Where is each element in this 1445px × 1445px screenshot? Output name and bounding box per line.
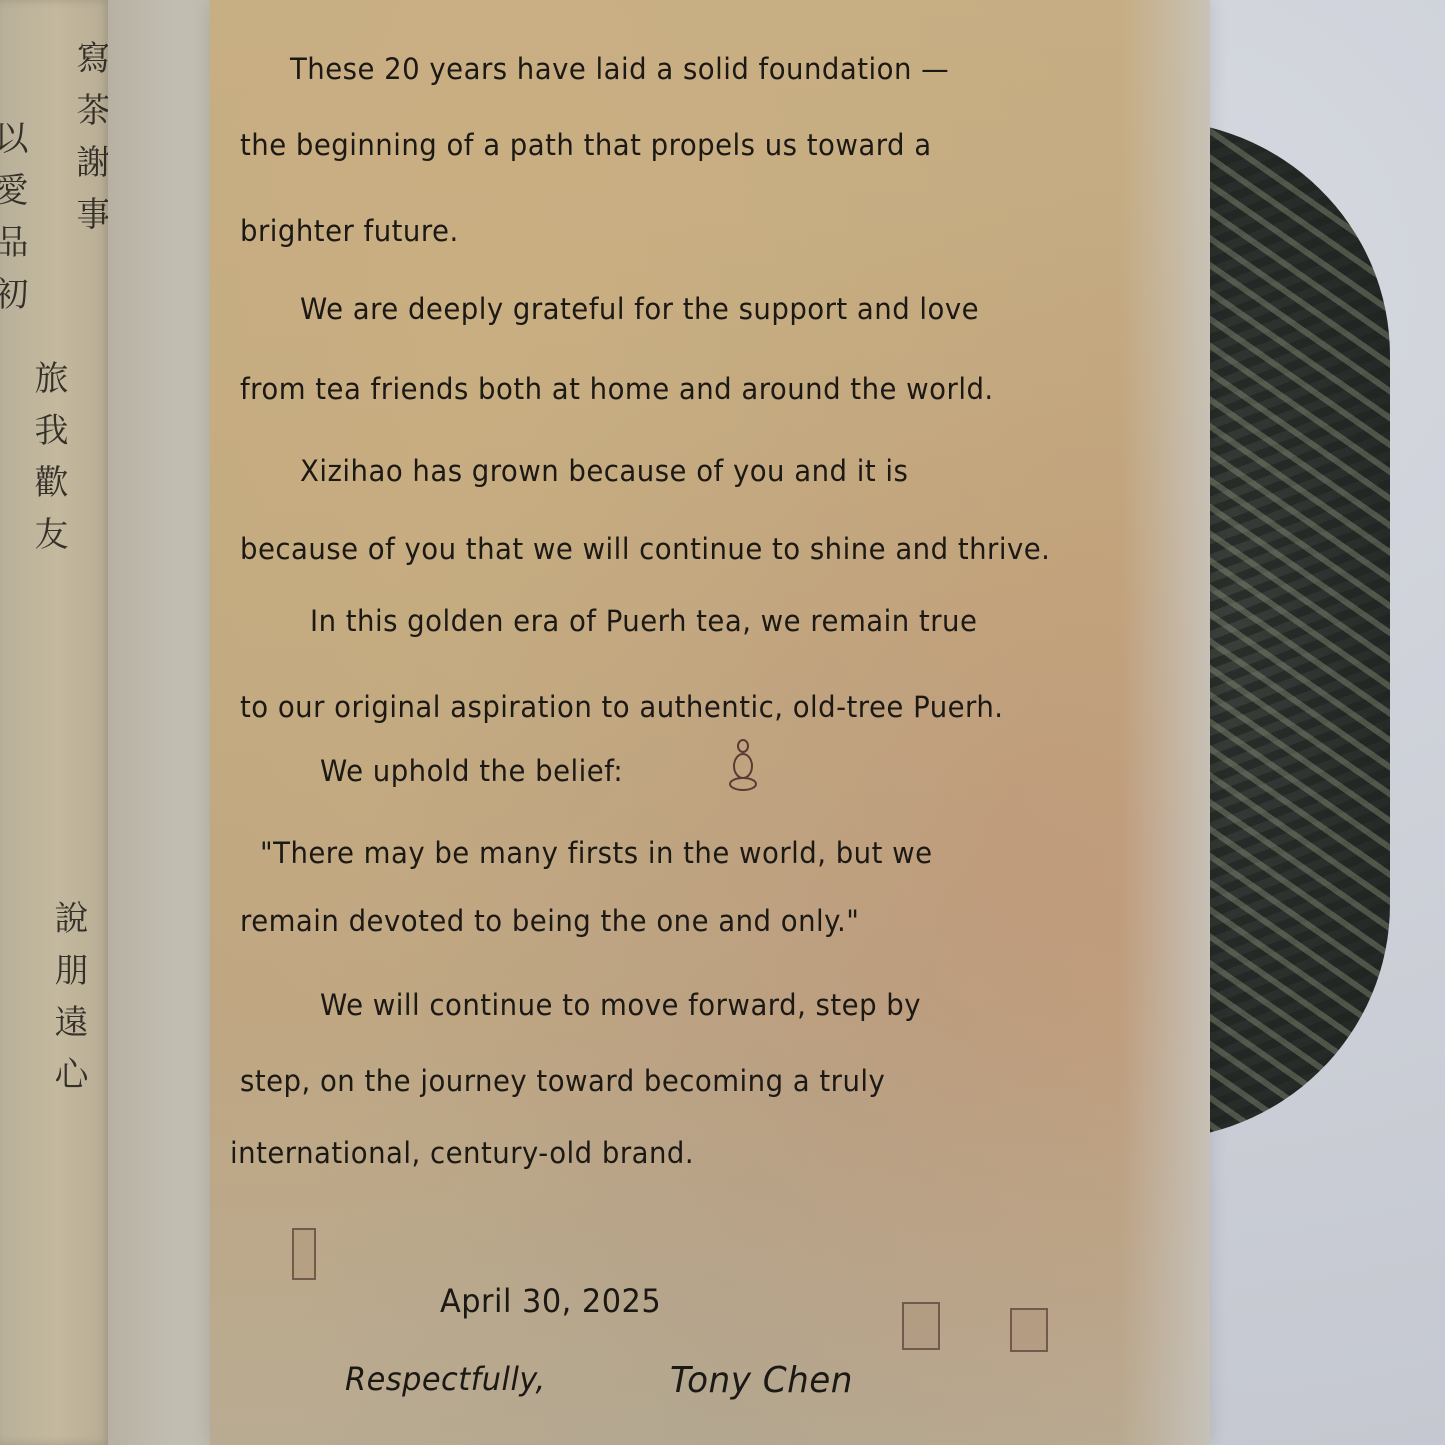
letter-line: We are deeply grateful for the support a… <box>300 292 1155 326</box>
letter-line: brighter future. <box>240 214 1095 248</box>
letter-line: We will continue to move forward, step b… <box>320 988 1175 1022</box>
seal-stamp-icon <box>902 1302 940 1350</box>
calligraphy-column: 說朋遠心 <box>50 900 86 1108</box>
calligraphy-column: 以愛品初 <box>0 120 26 328</box>
letter-signature: Tony Chen <box>670 1360 1445 1401</box>
letter-line: from tea friends both at home and around… <box>240 372 1095 406</box>
calligraphy-column: 寫茶謝事 <box>72 40 108 248</box>
letter-line: remain devoted to being the one and only… <box>240 904 1095 938</box>
seal-stamp-icon <box>1010 1308 1048 1352</box>
seal-stamp-icon <box>292 1228 316 1280</box>
calligraphy-column: 旅我歡友 <box>30 360 66 568</box>
letter-line: Xizihao has grown because of you and it … <box>300 454 1155 488</box>
letter-line: These 20 years have laid a solid foundat… <box>290 52 1145 86</box>
letter-line: step, on the journey toward becoming a t… <box>240 1064 1095 1098</box>
letter-date: April 30, 2025 <box>440 1282 1295 1320</box>
handwritten-letter: These 20 years have laid a solid foundat… <box>210 0 1210 1445</box>
letter-line: to our original aspiration to authentic,… <box>240 690 1095 724</box>
letter-line: "There may be many firsts in the world, … <box>260 836 1115 870</box>
letter-line: the beginning of a path that propels us … <box>240 128 1095 162</box>
letter-line: because of you that we will continue to … <box>240 532 1095 566</box>
buddha-seal-icon <box>728 738 758 794</box>
chinese-calligraphy-strip: 寫茶謝事 旅我歡友 以愛品初 說朋遠心 <box>0 0 112 1445</box>
letter-line: In this golden era of Puerh tea, we rema… <box>310 604 1165 638</box>
letter-line: international, century-old brand. <box>230 1136 1085 1170</box>
